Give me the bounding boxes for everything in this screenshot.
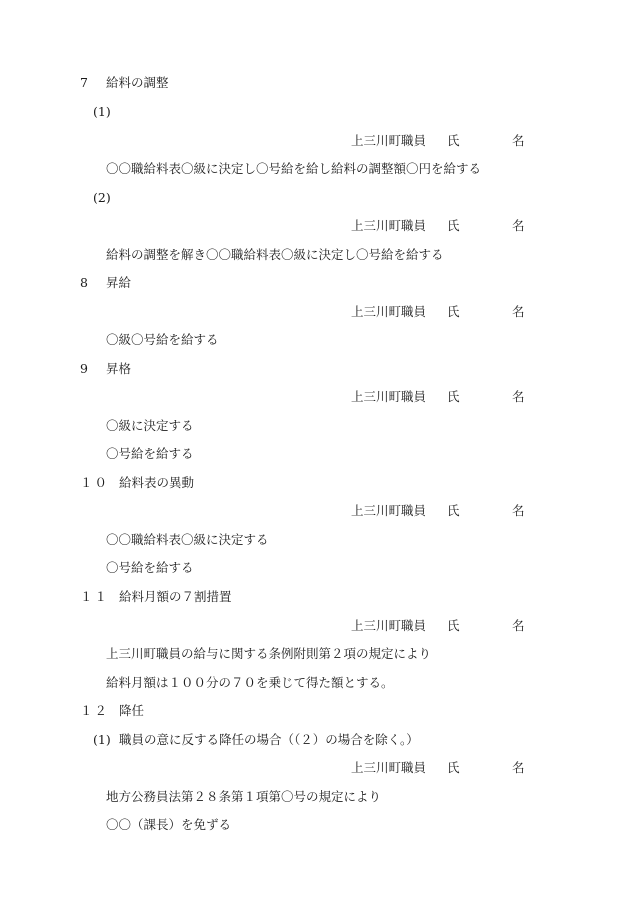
body-text: 地方公務員法第２８条第１項第〇号の規定により	[106, 789, 381, 805]
section-9-heading: 9 昇格	[0, 361, 630, 377]
signature-name-label: 名	[512, 218, 525, 234]
subsection-title: 職員の意に反する降任の場合（（２）の場合を除く。）	[119, 732, 419, 748]
signature-dept: 上三川町職員	[351, 503, 426, 519]
section-11-heading: １１ 給料月額の７割措置	[0, 589, 630, 605]
signature-line: 上三川町職員 氏 名	[0, 760, 630, 776]
signature-line: 上三川町職員 氏 名	[0, 304, 630, 320]
signature-dept: 上三川町職員	[351, 760, 426, 776]
signature-name-label: 名	[512, 503, 525, 519]
body-text: 〇号給を給する	[106, 560, 194, 576]
signature-name-label: 名	[512, 760, 525, 776]
signature-name-label: 名	[512, 618, 525, 634]
signature-surname-label: 氏	[447, 760, 460, 776]
signature-surname-label: 氏	[447, 503, 460, 519]
section-number: １２	[80, 703, 109, 719]
signature-dept: 上三川町職員	[351, 618, 426, 634]
subsection-heading: (1) 職員の意に反する降任の場合（（２）の場合を除く。）	[0, 732, 630, 748]
section-number: 7	[80, 75, 88, 91]
section-10-heading: １０ 給料表の異動	[0, 475, 630, 491]
section-title: 昇格	[106, 361, 131, 377]
body-text: 〇〇職給料表〇級に決定し〇号給を給し給料の調整額〇円を給する	[106, 161, 481, 177]
signature-dept: 上三川町職員	[351, 218, 426, 234]
section-title: 昇給	[106, 275, 131, 291]
body-text: 給料の調整を解き〇〇職給料表〇級に決定し〇号給を給する	[106, 247, 444, 263]
signature-line: 上三川町職員 氏 名	[0, 133, 630, 149]
body-text: 上三川町職員の給与に関する条例附則第２項の規定により	[106, 646, 431, 662]
signature-name-label: 名	[512, 389, 525, 405]
signature-line: 上三川町職員 氏 名	[0, 389, 630, 405]
subsection-label: (2)	[93, 190, 111, 206]
signature-surname-label: 氏	[447, 304, 460, 320]
signature-line: 上三川町職員 氏 名	[0, 618, 630, 634]
signature-surname-label: 氏	[447, 389, 460, 405]
section-title: 給料の調整	[106, 75, 169, 91]
subsection-label: (1)	[93, 104, 111, 120]
body-text: 〇級〇号給を給する	[106, 332, 219, 348]
body-text: 〇級に決定する	[106, 418, 194, 434]
body-text: 〇〇（課長）を免ずる	[106, 817, 231, 833]
signature-dept: 上三川町職員	[351, 133, 426, 149]
signature-name-label: 名	[512, 133, 525, 149]
signature-line: 上三川町職員 氏 名	[0, 218, 630, 234]
signature-dept: 上三川町職員	[351, 304, 426, 320]
body-text: 〇号給を給する	[106, 446, 194, 462]
signature-dept: 上三川町職員	[351, 389, 426, 405]
signature-surname-label: 氏	[447, 133, 460, 149]
body-text: 給料月額は１００分の７０を乗じて得た額とする。	[106, 675, 394, 691]
section-7-heading: 7 給料の調整	[0, 75, 630, 91]
document-page: 7 給料の調整 (1) 上三川町職員 氏 名 〇〇職給料表〇級に決定し〇号給を給…	[0, 0, 630, 903]
body-text: 〇〇職給料表〇級に決定する	[106, 532, 269, 548]
section-number: 8	[80, 275, 88, 291]
signature-surname-label: 氏	[447, 618, 460, 634]
signature-line: 上三川町職員 氏 名	[0, 503, 630, 519]
section-title: 給料月額の７割措置	[119, 589, 232, 605]
section-number: １１	[80, 589, 109, 605]
section-12-heading: １２ 降任	[0, 703, 630, 719]
section-title: 降任	[119, 703, 144, 719]
section-number: １０	[80, 475, 109, 491]
section-number: 9	[80, 361, 88, 377]
signature-surname-label: 氏	[447, 218, 460, 234]
section-title: 給料表の異動	[119, 475, 194, 491]
section-8-heading: 8 昇給	[0, 275, 630, 291]
subsection-label: (1)	[93, 732, 111, 748]
signature-name-label: 名	[512, 304, 525, 320]
